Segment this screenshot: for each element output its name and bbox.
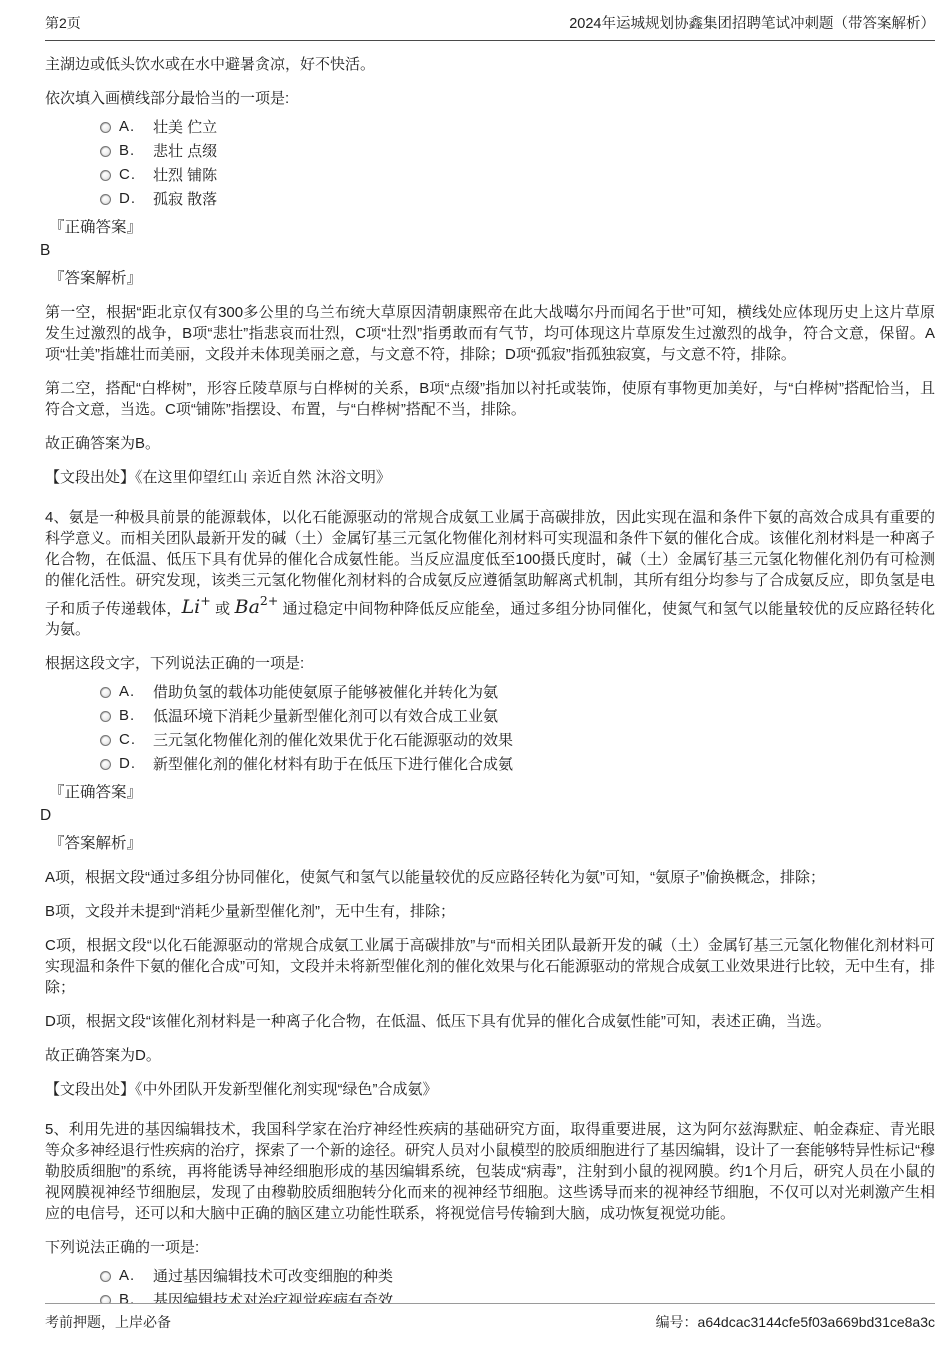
q4-option-b: B. 低温环境下消耗少量新型催化剂可以有效合成工业氨 xyxy=(100,703,935,727)
q3-options: A. 壮美 伫立 B. 悲壮 点缀 C. 壮烈 铺陈 D. 孤寂 散落 xyxy=(45,114,935,210)
radio-button[interactable] xyxy=(100,687,111,698)
q5-passage: 5、利用先进的基因编辑技术，我国科学家在治疗神经性疾病的基础研究方面，取得重要进… xyxy=(45,1119,935,1224)
option-text: 三元氢化物催化剂的催化效果优于化石能源驱动的效果 xyxy=(153,729,513,750)
q3-analysis-paragraph: 第一空，根据“距北京仅有300多公里的乌兰布统大草原因清朝康熙帝在此大战噶尔丹而… xyxy=(45,302,935,365)
q3-option-a: A. 壮美 伫立 xyxy=(100,114,935,138)
q3-passage-continuation: 主湖边或低头饮水或在水中避暑贪凉，好不快活。 xyxy=(45,54,935,75)
q4-passage: 4、氨是一种极具前景的能源载体，以化石能源驱动的常规合成氨工业属于高碳排放，因此… xyxy=(45,507,935,640)
option-text: 借助负氢的载体功能使氨原子能够被催化并转化为氨 xyxy=(153,681,498,702)
option-text: 新型催化剂的催化材料有助于在低压下进行催化合成氨 xyxy=(153,753,513,774)
ba-symbol: Ba xyxy=(235,596,260,618)
q3-source: 【文段出处】《在这里仰望红山 亲近自然 沐浴文明》 xyxy=(45,467,935,488)
radio-button[interactable] xyxy=(100,122,111,133)
q5-question: 下列说法正确的一项是: xyxy=(45,1237,935,1258)
q3-analysis-paragraph: 第二空，搭配“白桦树”，形容丘陵草原与白桦树的关系，B项“点缀”指加以衬托或装饰… xyxy=(45,378,935,420)
radio-button[interactable] xyxy=(100,711,111,722)
q4-analysis-paragraph: A项，根据文段“通过多组分协同催化，使氮气和氢气以能量较优的反应路径转化为氨”可… xyxy=(45,867,935,888)
option-letter: C. xyxy=(119,166,153,183)
q4-analysis-paragraph: C项，根据文段“以化石能源驱动的常规合成氨工业属于高碳排放”与“而相关团队最新开… xyxy=(45,935,935,998)
option-letter: B. xyxy=(119,142,153,159)
q4-conclusion: 故正确答案为D。 xyxy=(45,1045,935,1066)
li-symbol: Li xyxy=(182,596,201,618)
q3-answer-heading: 『正确答案』 xyxy=(49,217,935,238)
option-letter: A. xyxy=(119,1267,153,1284)
footer-serial-number: 编号：a64dcac3144cfe5f03a669bd31ce8a3c xyxy=(656,1312,935,1335)
q3-answer-value: B xyxy=(40,240,935,261)
option-text: 孤寂 散落 xyxy=(153,188,217,209)
ba-charge: 2+ xyxy=(260,593,278,608)
q3-conclusion: 故正确答案为B。 xyxy=(45,433,935,454)
radio-button[interactable] xyxy=(100,735,111,746)
q5-option-a: A. 通过基因编辑技术可改变细胞的种类 xyxy=(100,1263,935,1287)
radio-button[interactable] xyxy=(100,146,111,157)
option-letter: D. xyxy=(119,755,153,772)
document-title: 2024年运城规划协鑫集团招聘笔试冲刺题（带答案解析） xyxy=(569,12,935,33)
q4-analysis-paragraph: D项，根据文段“该催化剂材料是一种离子化合物，在低温、低压下具有优异的催化合成氨… xyxy=(45,1011,935,1032)
footer-slogan: 考前押题，上岸必备 xyxy=(45,1312,171,1335)
radio-button[interactable] xyxy=(100,759,111,770)
radio-button[interactable] xyxy=(100,1271,111,1282)
option-text: 悲壮 点缀 xyxy=(153,140,217,161)
q4-analysis-heading: 『答案解析』 xyxy=(49,833,935,854)
option-text: 壮烈 铺陈 xyxy=(153,164,217,185)
li-charge: + xyxy=(200,593,210,608)
barium-ion-formula: Ba2+ xyxy=(235,596,279,618)
option-text: 通过基因编辑技术可改变细胞的种类 xyxy=(153,1265,393,1286)
option-letter: C. xyxy=(119,731,153,748)
option-letter: A. xyxy=(119,118,153,135)
q3-option-d: D. 孤寂 散落 xyxy=(100,186,935,210)
q3-analysis-heading: 『答案解析』 xyxy=(49,268,935,289)
q4-answer-heading: 『正确答案』 xyxy=(49,782,935,803)
option-text: 低温环境下消耗少量新型催化剂可以有效合成工业氨 xyxy=(153,705,498,726)
option-letter: D. xyxy=(119,190,153,207)
document-body: 主湖边或低头饮水或在水中避暑贪凉，好不快活。 依次填入画横线部分最恰当的一项是:… xyxy=(45,54,935,1311)
q4-options: A. 借助负氢的载体功能使氨原子能够被催化并转化为氨 B. 低温环境下消耗少量新… xyxy=(45,679,935,775)
q4-passage-segment: 或 xyxy=(211,600,235,617)
page-footer: 考前押题，上岸必备 编号：a64dcac3144cfe5f03a669bd31c… xyxy=(45,1303,935,1335)
q4-analysis-paragraph: B项，文段并未提到“消耗少量新型催化剂”，无中生有，排除； xyxy=(45,901,935,922)
option-text: 壮美 伫立 xyxy=(153,116,217,137)
q4-answer-value: D xyxy=(40,805,935,826)
radio-button[interactable] xyxy=(100,170,111,181)
q4-option-d: D. 新型催化剂的催化材料有助于在低压下进行催化合成氨 xyxy=(100,751,935,775)
page-header: 第2页 2024年运城规划协鑫集团招聘笔试冲刺题（带答案解析） xyxy=(45,12,935,41)
lithium-ion-formula: Li+ xyxy=(182,596,211,618)
q3-option-b: B. 悲壮 点缀 xyxy=(100,138,935,162)
radio-button[interactable] xyxy=(100,194,111,205)
q4-question: 根据这段文字，下列说法正确的一项是: xyxy=(45,653,935,674)
page-number: 第2页 xyxy=(45,13,81,33)
option-letter: B. xyxy=(119,707,153,724)
q3-question: 依次填入画横线部分最恰当的一项是: xyxy=(45,88,935,109)
q4-source: 【文段出处】《中外团队开发新型催化剂实现“绿色”合成氨》 xyxy=(45,1079,935,1100)
q4-option-c: C. 三元氢化物催化剂的催化效果优于化石能源驱动的效果 xyxy=(100,727,935,751)
q4-option-a: A. 借助负氢的载体功能使氨原子能够被催化并转化为氨 xyxy=(100,679,935,703)
document-page: 第2页 2024年运城规划协鑫集团招聘笔试冲刺题（带答案解析） 主湖边或低头饮水… xyxy=(0,0,950,1311)
option-letter: A. xyxy=(119,683,153,700)
q3-option-c: C. 壮烈 铺陈 xyxy=(100,162,935,186)
